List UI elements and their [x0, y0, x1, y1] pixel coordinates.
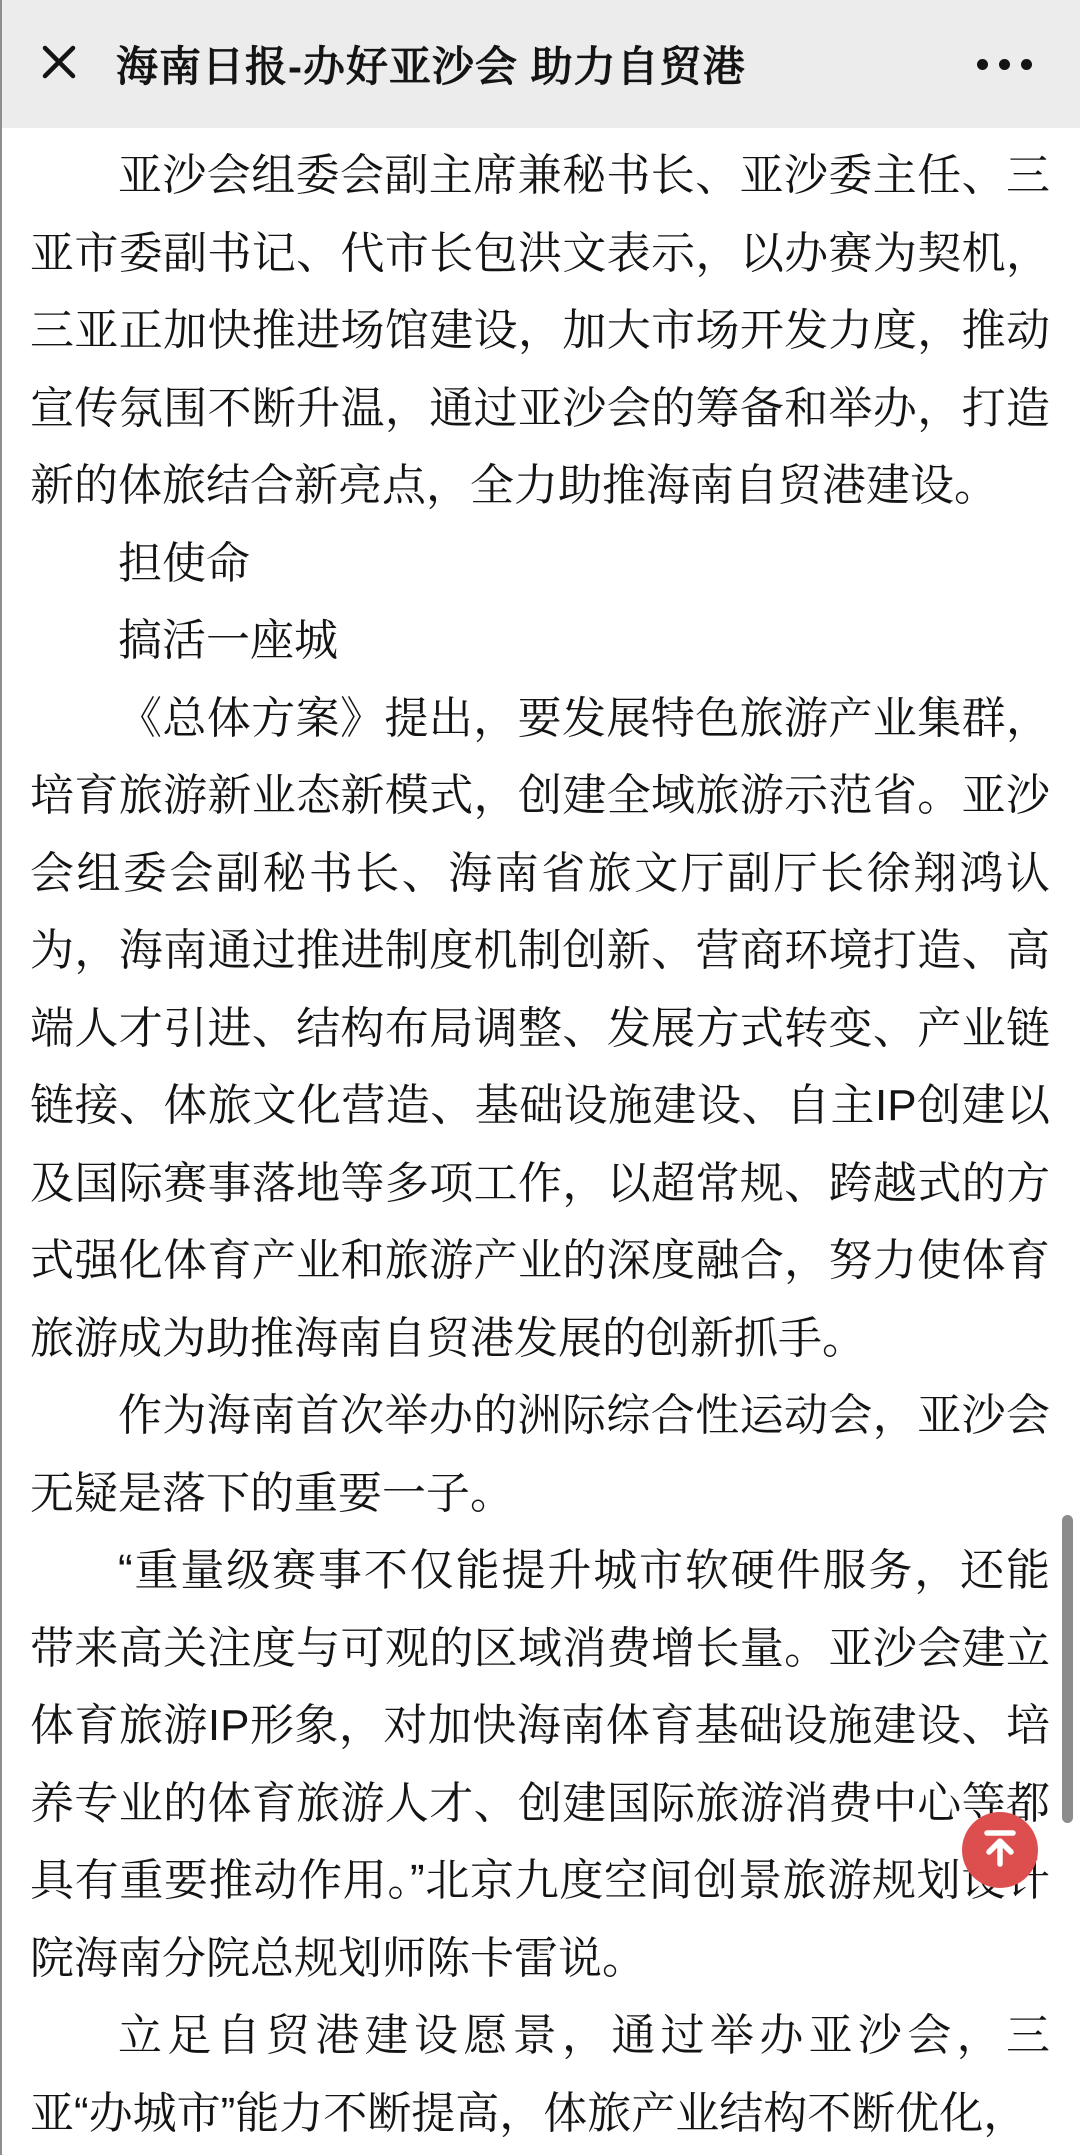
article-paragraph: “重量级赛事不仅能提升城市软硬件服务，还能带来高关注度与可观的区域消费增长量。亚…: [30, 1532, 1050, 1997]
article-paragraph: 《总体方案》提出，要发展特色旅游产业集群，培育旅游新业态新模式，创建全域旅游示范…: [30, 680, 1050, 1378]
article-paragraph: 搞活一座城: [30, 602, 1050, 680]
more-icon: [1021, 59, 1032, 70]
title-bar: 海南日报-办好亚沙会 助力自贸港: [0, 0, 1080, 128]
more-menu-button[interactable]: [977, 45, 1032, 84]
more-icon: [977, 59, 988, 70]
more-icon: [999, 59, 1010, 70]
article-paragraph: 担使命: [30, 525, 1050, 603]
scrollbar-thumb[interactable]: [1062, 1515, 1073, 1823]
article-paragraph: 亚沙会组委会副主席兼秘书长、亚沙委主任、三亚市委副书记、代市长包洪文表示，以办赛…: [30, 137, 1050, 525]
back-to-top-icon: [976, 1824, 1024, 1877]
screen-left-edge: [0, 0, 2, 2155]
article-paragraph: 立足自贸港建设愿景，通过举办亚沙会，三亚“办城市”能力不断提高，体旅产业结构不断…: [30, 1997, 1050, 2152]
close-icon: [39, 42, 79, 87]
article-body: 亚沙会组委会副主席兼秘书长、亚沙委主任、三亚市委副书记、代市长包洪文表示，以办赛…: [0, 128, 1080, 2152]
page-title: 海南日报-办好亚沙会 助力自贸港: [116, 34, 746, 94]
wechat-article-screen: 海南日报-办好亚沙会 助力自贸港 亚沙会组委会副主席兼秘书长、亚沙委主任、三亚市…: [0, 0, 1080, 2155]
back-to-top-button[interactable]: [962, 1812, 1038, 1888]
article-paragraph: 作为海南首次举办的洲际综合性运动会，亚沙会无疑是落下的重要一子。: [30, 1377, 1050, 1532]
close-button[interactable]: [36, 41, 82, 87]
